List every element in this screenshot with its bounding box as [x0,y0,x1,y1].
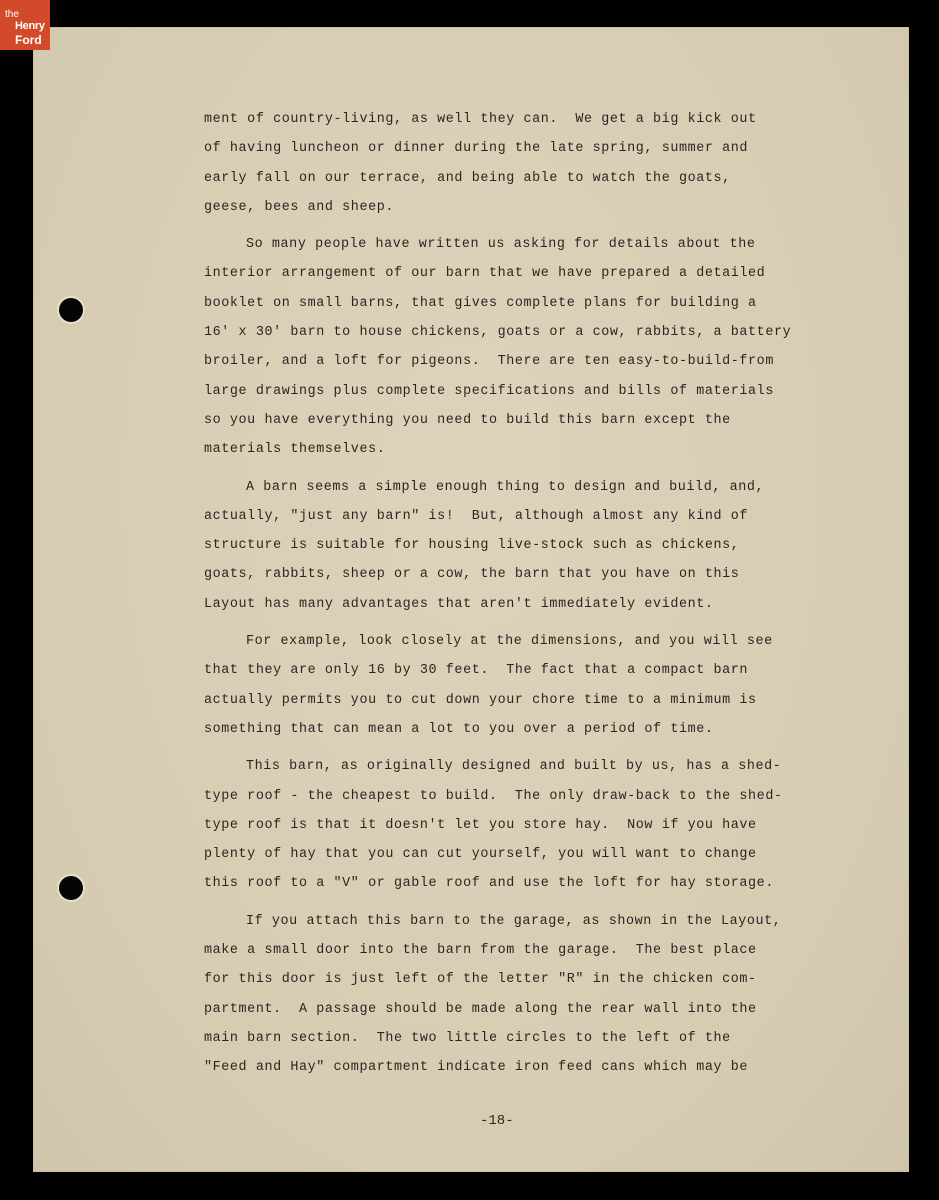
text-line: something that can mean a lot to you ove… [204,715,804,744]
paragraph-2: So many people have written us asking fo… [204,230,804,464]
text-line: 16' x 30' barn to house chickens, goats … [204,318,804,347]
text-line: geese, bees and sheep. [204,193,804,222]
text-line: materials themselves. [204,435,804,464]
text-line: Layout has many advantages that aren't i… [204,590,804,619]
document-page: ment of country-living, as well they can… [33,27,909,1172]
logo-text-ford: Ford [15,34,42,46]
text-line: type roof - the cheapest to build. The o… [204,782,804,811]
text-line: If you attach this barn to the garage, a… [204,907,804,936]
text-line: that they are only 16 by 30 feet. The fa… [204,656,804,685]
text-line: goats, rabbits, sheep or a cow, the barn… [204,560,804,589]
text-line: so you have everything you need to build… [204,406,804,435]
text-line: large drawings plus complete specificati… [204,377,804,406]
text-line: A barn seems a simple enough thing to de… [204,473,804,502]
henry-ford-logo: the Henry Ford [0,0,50,50]
text-line: partment. A passage should be made along… [204,995,804,1024]
logo-text-the: the [5,10,19,20]
text-line: early fall on our terrace, and being abl… [204,164,804,193]
punch-hole-icon [59,876,83,900]
paragraph-5: This barn, as originally designed and bu… [204,752,804,898]
text-line: interior arrangement of our barn that we… [204,259,804,288]
text-line: "Feed and Hay" compartment indicate iron… [204,1053,804,1082]
punch-hole-icon [59,298,83,322]
text-line: broiler, and a loft for pigeons. There a… [204,347,804,376]
document-body: ment of country-living, as well they can… [204,105,804,1091]
text-line: actually permits you to cut down your ch… [204,686,804,715]
text-line: For example, look closely at the dimensi… [204,627,804,656]
paragraph-4: For example, look closely at the dimensi… [204,627,804,744]
text-line: So many people have written us asking fo… [204,230,804,259]
logo-text-henry: Henry [15,21,45,32]
text-line: main barn section. The two little circle… [204,1024,804,1053]
text-line: of having luncheon or dinner during the … [204,134,804,163]
text-line: ment of country-living, as well they can… [204,105,804,134]
text-line: This barn, as originally designed and bu… [204,752,804,781]
text-line: plenty of hay that you can cut yourself,… [204,840,804,869]
text-line: structure is suitable for housing live-s… [204,531,804,560]
text-line: booklet on small barns, that gives compl… [204,289,804,318]
text-line: for this door is just left of the letter… [204,965,804,994]
page-number: -18- [480,1113,514,1129]
text-line: type roof is that it doesn't let you sto… [204,811,804,840]
text-line: this roof to a "V" or gable roof and use… [204,869,804,898]
text-line: make a small door into the barn from the… [204,936,804,965]
paragraph-6: If you attach this barn to the garage, a… [204,907,804,1083]
paragraph-3: A barn seems a simple enough thing to de… [204,473,804,619]
paragraph-1: ment of country-living, as well they can… [204,105,804,222]
text-line: actually, "just any barn" is! But, altho… [204,502,804,531]
